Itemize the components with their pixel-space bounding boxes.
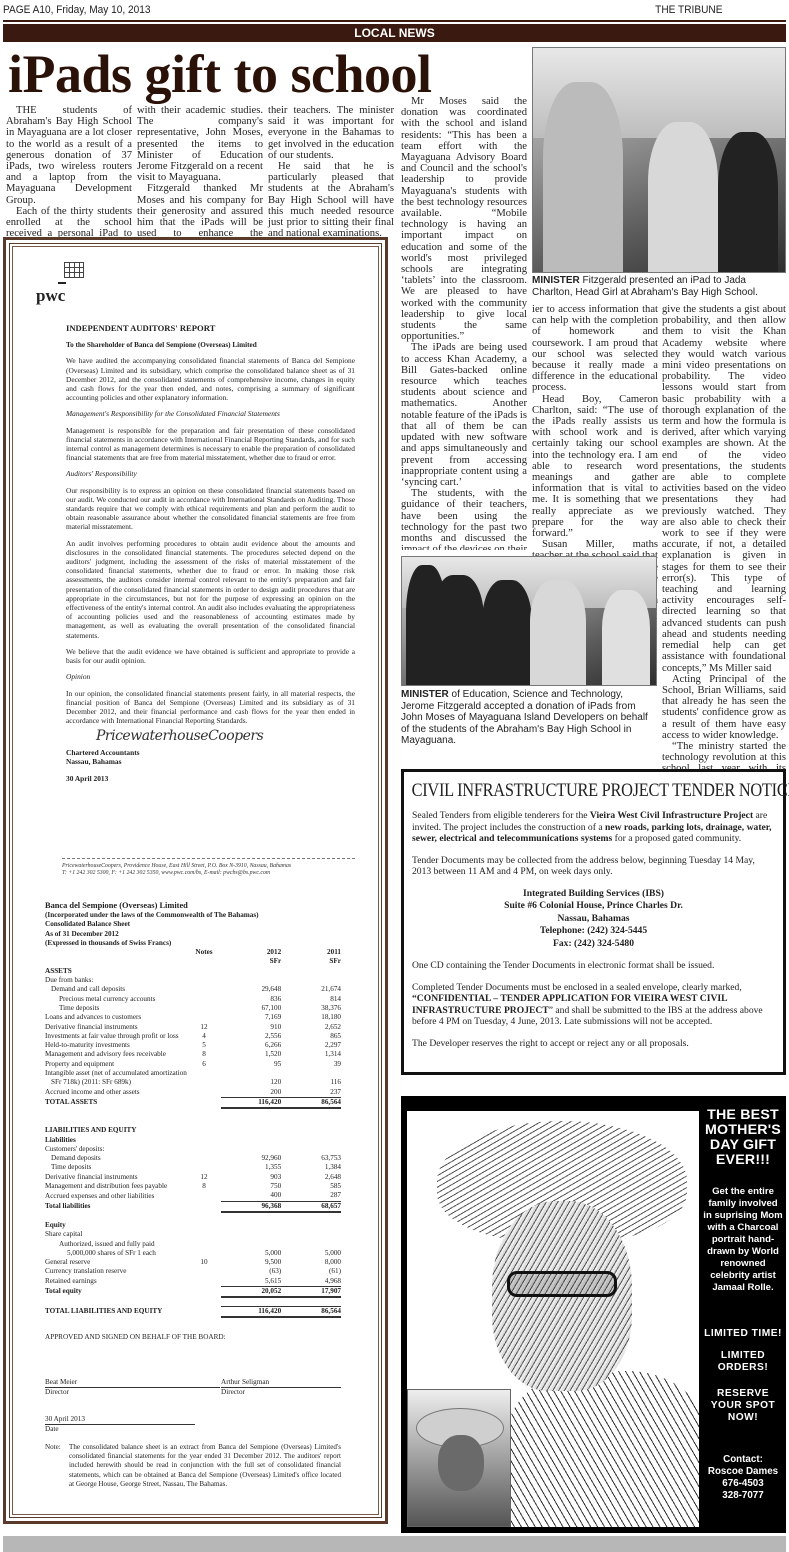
table-row: Investments at fair value through profit… (45, 1032, 341, 1041)
balance-sheet: Banca del Sempione (Overseas) Limited (I… (45, 900, 341, 1318)
photo1-caption: MINISTER Fitzgerald presented an iPad to… (532, 275, 786, 298)
paragraph: give the students a gist about probabili… (662, 304, 786, 674)
table-row: Demand deposits92,96063,753 (45, 1154, 341, 1163)
table-row: General reserve109,5008,000 (45, 1258, 341, 1267)
page-info: PAGE A10, Friday, May 10, 2013 (3, 4, 151, 20)
table-row: Property and equipment69539 (45, 1060, 341, 1069)
total-row: TOTAL LIABILITIES AND EQUITY116,42086,56… (45, 1306, 341, 1317)
table-row: Retained earnings5,6154,968 (45, 1277, 341, 1287)
article-col-4: Mr Moses said the donation was coordinat… (401, 96, 527, 550)
reference-photo (407, 1389, 511, 1527)
charcoal-portrait-image (407, 1111, 699, 1527)
paragraph: The students, with the guidance of their… (401, 488, 527, 550)
table-row: Demand and call deposits29,64821,674 (45, 985, 341, 994)
pwc-address-footer: PricewaterhouseCoopers, Providence House… (62, 858, 355, 877)
report-title: INDEPENDENT AUDITORS' REPORT (66, 324, 355, 333)
director1-name: Beat Meier (45, 1378, 220, 1388)
tender-title: CIVIL INFRASTRUCTURE PROJECT TENDER NOTI… (412, 778, 776, 804)
paragraph: Head Boy, Cameron Charlton, said: “The u… (532, 394, 658, 540)
paragraph: Acting Principal of the School, Brian Wi… (662, 674, 786, 741)
board-date: 30 April 2013 (45, 1415, 195, 1425)
pwc-logo: pwc (36, 262, 86, 312)
total-row: Total equity20,05217,907 (45, 1286, 341, 1297)
photo2-caption: MINISTER of Education, Science and Techn… (401, 689, 657, 747)
report-date: 30 April 2013 (66, 774, 355, 783)
balance-sheet-note: Note: The consolidated balance sheet is … (45, 1443, 341, 1489)
table-row: Precious metal currency accounts836814 (45, 995, 341, 1004)
table-row: 5,000,000 shares of SFr 1 each5,0005,000 (45, 1249, 341, 1258)
table-row: Accrued income and other assets200237 (45, 1088, 341, 1098)
balance-sheet-table: Notes20122011 SFrSFr ASSETS Due from ban… (45, 948, 341, 1318)
article-col-3: their teachers. The minister said it was… (268, 105, 394, 239)
tender-address: Integrated Building Services (IBS) Suite… (412, 888, 775, 950)
paragraph: Mr Moses said the donation was coordinat… (401, 96, 527, 342)
auditors-report: INDEPENDENT AUDITORS' REPORT To the Shar… (66, 324, 355, 783)
pwc-signature: PricewaterhouseCoopers (96, 732, 355, 741)
building-icon (64, 262, 84, 278)
table-row: SFr 718k) (2011: SFr 689k)120116 (45, 1078, 341, 1087)
photo-minister-head-girl (532, 47, 786, 273)
table-row: Held-to-maturity investments56,2662,297 (45, 1041, 341, 1050)
report-addressee: To the Shareholder of Banca del Sempione… (66, 341, 355, 350)
table-row: Accrued expenses and other liabilities40… (45, 1191, 341, 1201)
contact-phone-2: 328-7077 (703, 1490, 783, 1502)
director2-name: Arthur Seligman (221, 1378, 341, 1388)
article-headline: iPads gift to school (8, 46, 432, 102)
paragraph: ier to access information that can help … (532, 304, 658, 394)
table-row: Intangible asset (net of accumulated amo… (45, 1069, 341, 1078)
ad-copy: THE BEST MOTHER'S DAY GIFT EVER!!! Get t… (703, 1108, 783, 1502)
newspaper-name: THE TRIBUNE (655, 4, 722, 20)
paragraph: their teachers. The minister said it was… (268, 105, 394, 161)
pwc-auditors-report-ad: pwc INDEPENDENT AUDITORS' REPORT To the … (3, 237, 388, 1524)
tender-notice: CIVIL INFRASTRUCTURE PROJECT TENDER NOTI… (401, 769, 786, 1075)
article-col-6: give the students a gist about probabili… (662, 304, 786, 831)
total-row: TOTAL ASSETS116,42086,564 (45, 1097, 341, 1108)
table-row: Currency translation reserve(63)(61) (45, 1267, 341, 1276)
total-row: Total liabilities96,36868,657 (45, 1201, 341, 1212)
paragraph: He said that he is particularly pleased … (268, 161, 394, 239)
paragraph: The iPads are being used to access Khan … (401, 342, 527, 488)
folio-rule (3, 20, 786, 22)
ad-headline: THE BEST MOTHER'S DAY GIFT EVER!!! (703, 1108, 783, 1168)
table-row: Derivative financial instruments129102,6… (45, 1023, 341, 1032)
table-row: Management and advisory fees receivable8… (45, 1050, 341, 1059)
table-row: Time deposits67,10038,376 (45, 1004, 341, 1013)
paragraph: THE students of Abraham's Bay High Schoo… (6, 105, 132, 206)
table-row: Derivative financial instruments129032,6… (45, 1173, 341, 1182)
mothers-day-portrait-ad: THE BEST MOTHER'S DAY GIFT EVER!!! Get t… (401, 1096, 786, 1533)
footer-band (3, 1536, 786, 1552)
table-row: Time deposits1,3551,384 (45, 1163, 341, 1172)
contact-phone-1: 676-4503 (703, 1478, 783, 1490)
table-row: Loans and advances to customers7,16918,1… (45, 1013, 341, 1022)
board-approval: APPROVED AND SIGNED ON BEHALF OF THE BOA… (45, 1333, 341, 1434)
table-row: Management and distribution fees payable… (45, 1182, 341, 1191)
photo-donation-handover (401, 556, 657, 686)
section-bar: LOCAL NEWS (3, 24, 786, 42)
contact-name: Roscoe Dames (703, 1466, 783, 1478)
page-folio: PAGE A10, Friday, May 10, 2013 THE TRIBU… (3, 4, 787, 20)
paragraph: with their academic studies. The company… (137, 105, 263, 183)
